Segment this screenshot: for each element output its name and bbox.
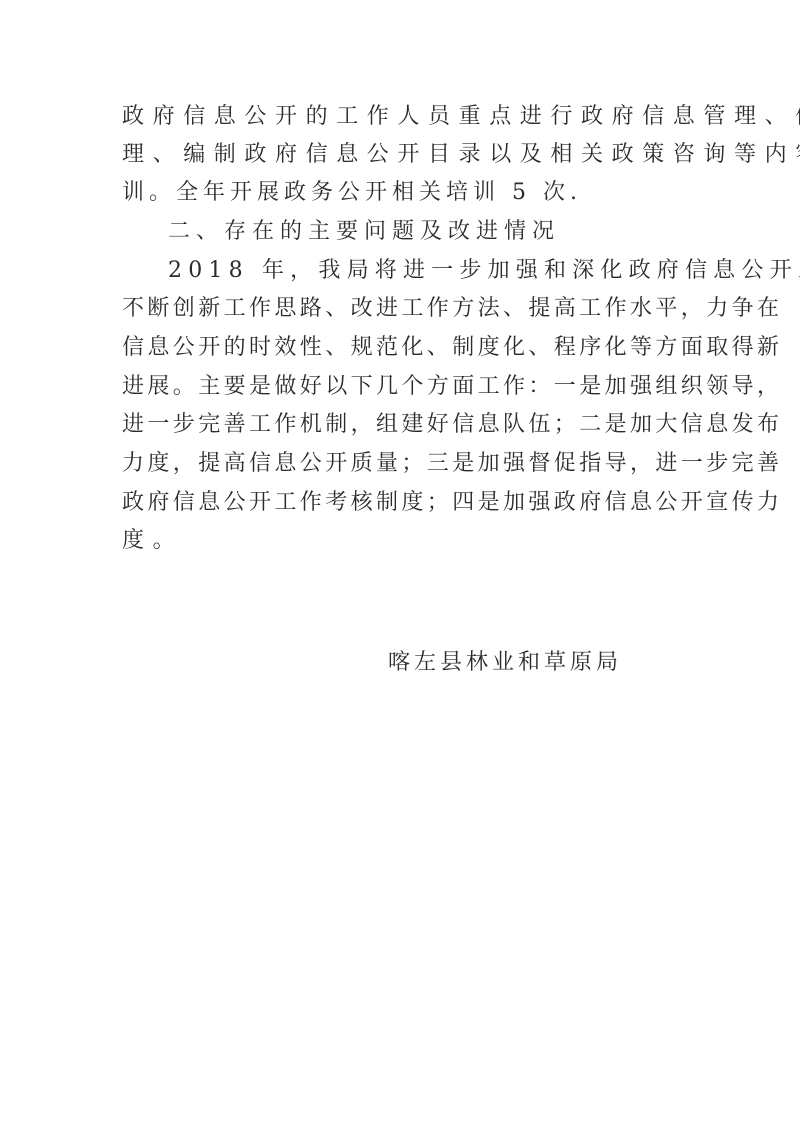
paragraph-line: 政府信息公开的工作人员重点进行政府信息管理、信息清 (122, 98, 682, 136)
paragraph-line: 进展。主要是做好以下几个方面工作：一是加强组织领导， (122, 368, 682, 406)
paragraph-line: 政府信息公开工作考核制度；四是加强政府信息公开宣传力 (122, 484, 682, 522)
paragraph-line: 理、编制政府信息公开目录以及相关政策咨询等内容的培 (122, 136, 682, 174)
paragraph-line: 力度，提高信息公开质量；三是加强督促指导，进一步完善 (122, 445, 682, 483)
paragraph-line: 不断创新工作思路、改进工作方法、提高工作水平，力争在 (122, 290, 682, 328)
paragraph-line: 信息公开的时效性、规范化、制度化、程序化等方面取得新 (122, 329, 682, 367)
paragraph-line: 进一步完善工作机制，组建好信息队伍；二是加大信息发布 (122, 406, 682, 444)
paragraph-line: 度。 (122, 522, 682, 560)
signature-organization: 喀左县林业和草原局 (388, 644, 622, 682)
paragraph-line: 2018 年，我局将进一步加强和深化政府信息公开工作， (168, 252, 688, 290)
section-heading: 二、存在的主要问题及改进情况 (168, 213, 728, 251)
paragraph-line: 训。全年开展政务公开相关培训 5 次. (122, 174, 682, 212)
document-page: 政府信息公开的工作人员重点进行政府信息管理、信息清 理、编制政府信息公开目录以及… (0, 0, 800, 1130)
